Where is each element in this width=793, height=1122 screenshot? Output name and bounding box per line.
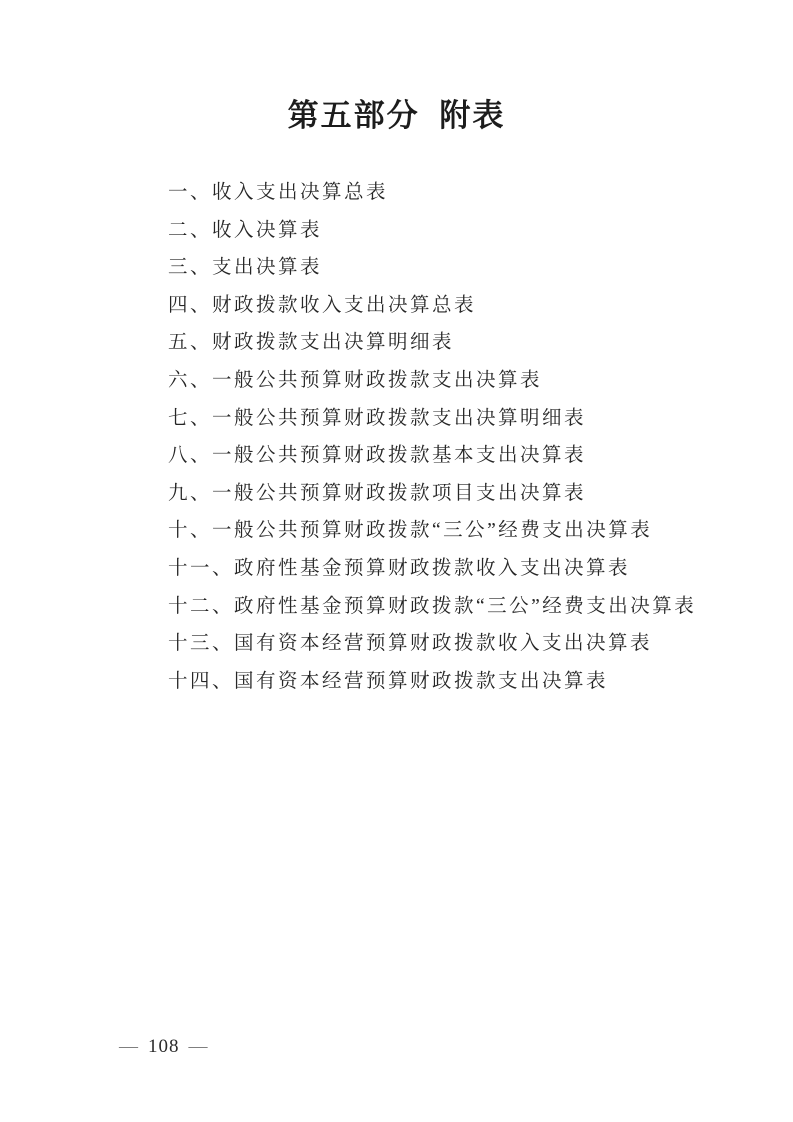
list-item: 十二、政府性基金预算财政拨款“三公”经费支出决算表: [168, 588, 733, 626]
list-item: 三、支出决算表: [168, 249, 733, 287]
list-item: 七、一般公共预算财政拨款支出决算明细表: [168, 400, 733, 438]
list-item: 八、一般公共预算财政拨款基本支出决算表: [168, 437, 733, 475]
list-item: 二、收入决算表: [168, 212, 733, 250]
page-number: 108: [148, 1036, 180, 1057]
list-item: 十、一般公共预算财政拨款“三公”经费支出决算表: [168, 512, 733, 550]
page-footer: —108—: [119, 1036, 209, 1058]
list-item: 一、收入支出决算总表: [168, 174, 733, 212]
footer-dash-left: —: [119, 1036, 139, 1057]
list-item: 六、一般公共预算财政拨款支出决算表: [168, 362, 733, 400]
footer-dash-right: —: [189, 1036, 209, 1057]
list-item: 十一、政府性基金预算财政拨款收入支出决算表: [168, 550, 733, 588]
document-page: 第五部分 附表 一、收入支出决算总表 二、收入决算表 三、支出决算表 四、财政拨…: [0, 0, 793, 1122]
list-item: 十四、国有资本经营预算财政拨款支出决算表: [168, 663, 733, 701]
list-item: 四、财政拨款收入支出决算总表: [168, 287, 733, 325]
list-item: 九、一般公共预算财政拨款项目支出决算表: [168, 475, 733, 513]
page-title: 第五部分 附表: [0, 90, 793, 135]
list-item: 五、财政拨款支出决算明细表: [168, 324, 733, 362]
list-item: 十三、国有资本经营预算财政拨款收入支出决算表: [168, 625, 733, 663]
appendix-table-list: 一、收入支出决算总表 二、收入决算表 三、支出决算表 四、财政拨款收入支出决算总…: [168, 174, 733, 700]
